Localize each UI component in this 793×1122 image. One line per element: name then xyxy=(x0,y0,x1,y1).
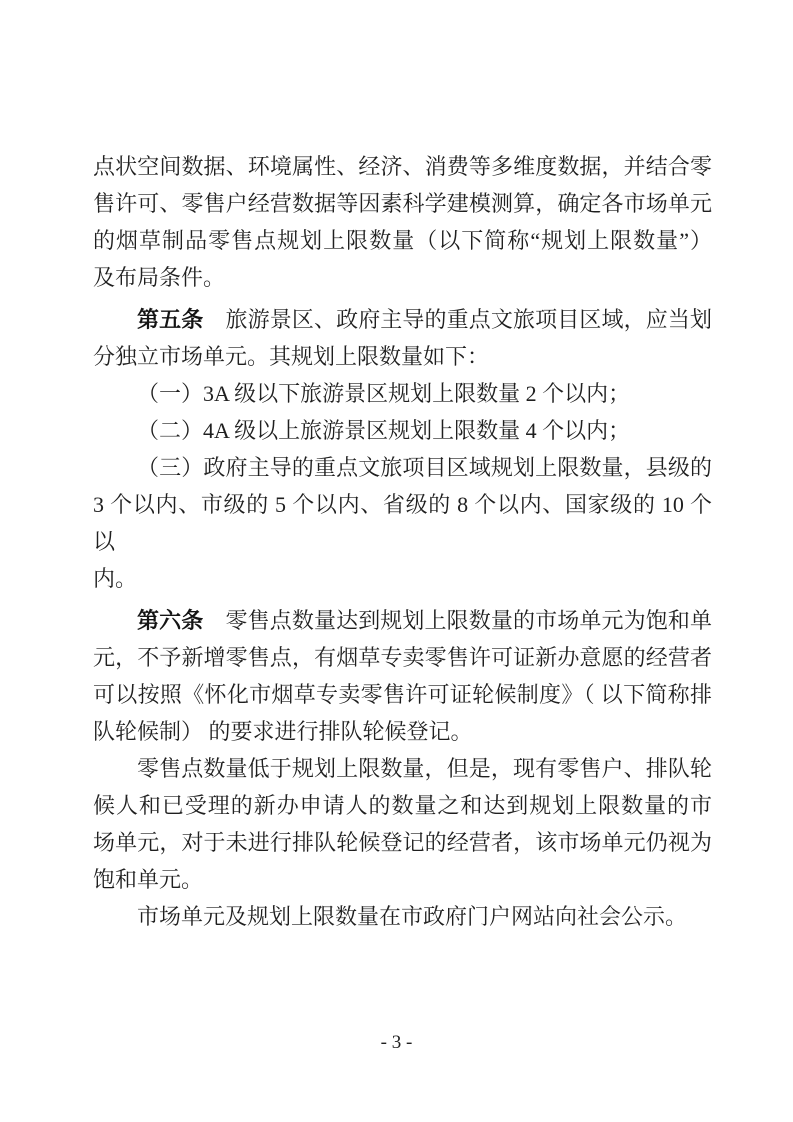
text-line: 市场单元及规划上限数量在市政府门户网站向社会公示。 xyxy=(93,898,712,935)
text-line: （二）4A 级以上旅游景区规划上限数量 4 个以内； xyxy=(93,412,712,449)
text-line: 候人和已受理的新办申请人的数量之和达到规划上限数量的市 xyxy=(93,787,712,824)
text-line: 第六条 零售点数量达到规划上限数量的市场单元为饱和单 xyxy=(93,602,712,639)
text-line: 零售点数量低于规划上限数量，但是，现有零售户、排队轮 xyxy=(93,750,712,787)
text-line: 的烟草制品零售点规划上限数量（以下简称“规划上限数量”） xyxy=(93,222,712,259)
text-line: 内。 xyxy=(93,560,712,597)
text-line: （三）政府主导的重点文旅项目区域规划上限数量，县级的 xyxy=(93,449,712,486)
text-line: （一）3A 级以下旅游景区规划上限数量 2 个以内； xyxy=(93,375,712,412)
text-line: 饱和单元。 xyxy=(93,861,712,898)
paragraph: （二）4A 级以上旅游景区规划上限数量 4 个以内； xyxy=(93,412,712,449)
text-line: 点状空间数据、环境属性、经济、消费等多维度数据，并结合零 xyxy=(93,148,712,185)
paragraph: （三）政府主导的重点文旅项目区域规划上限数量，县级的3 个以内、市级的 5 个以… xyxy=(93,449,712,597)
paragraph: 第六条 零售点数量达到规划上限数量的市场单元为饱和单元，不予新增零售点，有烟草专… xyxy=(93,602,712,750)
paragraph: 零售点数量低于规划上限数量，但是，现有零售户、排队轮候人和已受理的新办申请人的数… xyxy=(93,750,712,898)
document-body: 点状空间数据、环境属性、经济、消费等多维度数据，并结合零售许可、零售户经营数据等… xyxy=(93,148,712,935)
article-number: 第五条 xyxy=(137,307,203,332)
text-line: 3 个以内、市级的 5 个以内、省级的 8 个以内、国家级的 10 个以 xyxy=(93,486,712,560)
text-line: 售许可、零售户经营数据等因素科学建模测算，确定各市场单元 xyxy=(93,185,712,222)
page-number: - 3 - xyxy=(0,1030,793,1056)
article-number: 第六条 xyxy=(137,608,203,633)
paragraph: 市场单元及规划上限数量在市政府门户网站向社会公示。 xyxy=(93,898,712,935)
text-line: 及布局条件。 xyxy=(93,259,712,296)
text-line: 第五条 旅游景区、政府主导的重点文旅项目区域，应当划 xyxy=(93,301,712,338)
paragraph: 点状空间数据、环境属性、经济、消费等多维度数据，并结合零售许可、零售户经营数据等… xyxy=(93,148,712,296)
paragraph: （一）3A 级以下旅游景区规划上限数量 2 个以内； xyxy=(93,375,712,412)
text-line: 场单元，对于未进行排队轮候登记的经营者，该市场单元仍视为 xyxy=(93,824,712,861)
text-line: 分独立市场单元。其规划上限数量如下： xyxy=(93,338,712,375)
document-page: 点状空间数据、环境属性、经济、消费等多维度数据，并结合零售许可、零售户经营数据等… xyxy=(0,0,793,1122)
text-line: 队轮候制） 的要求进行排队轮候登记。 xyxy=(93,713,712,750)
text-line: 可以按照《怀化市烟草专卖零售许可证轮候制度》（ 以下简称排 xyxy=(93,676,712,713)
paragraph: 第五条 旅游景区、政府主导的重点文旅项目区域，应当划分独立市场单元。其规划上限数… xyxy=(93,301,712,375)
text-line: 元，不予新增零售点，有烟草专卖零售许可证新办意愿的经营者 xyxy=(93,639,712,676)
